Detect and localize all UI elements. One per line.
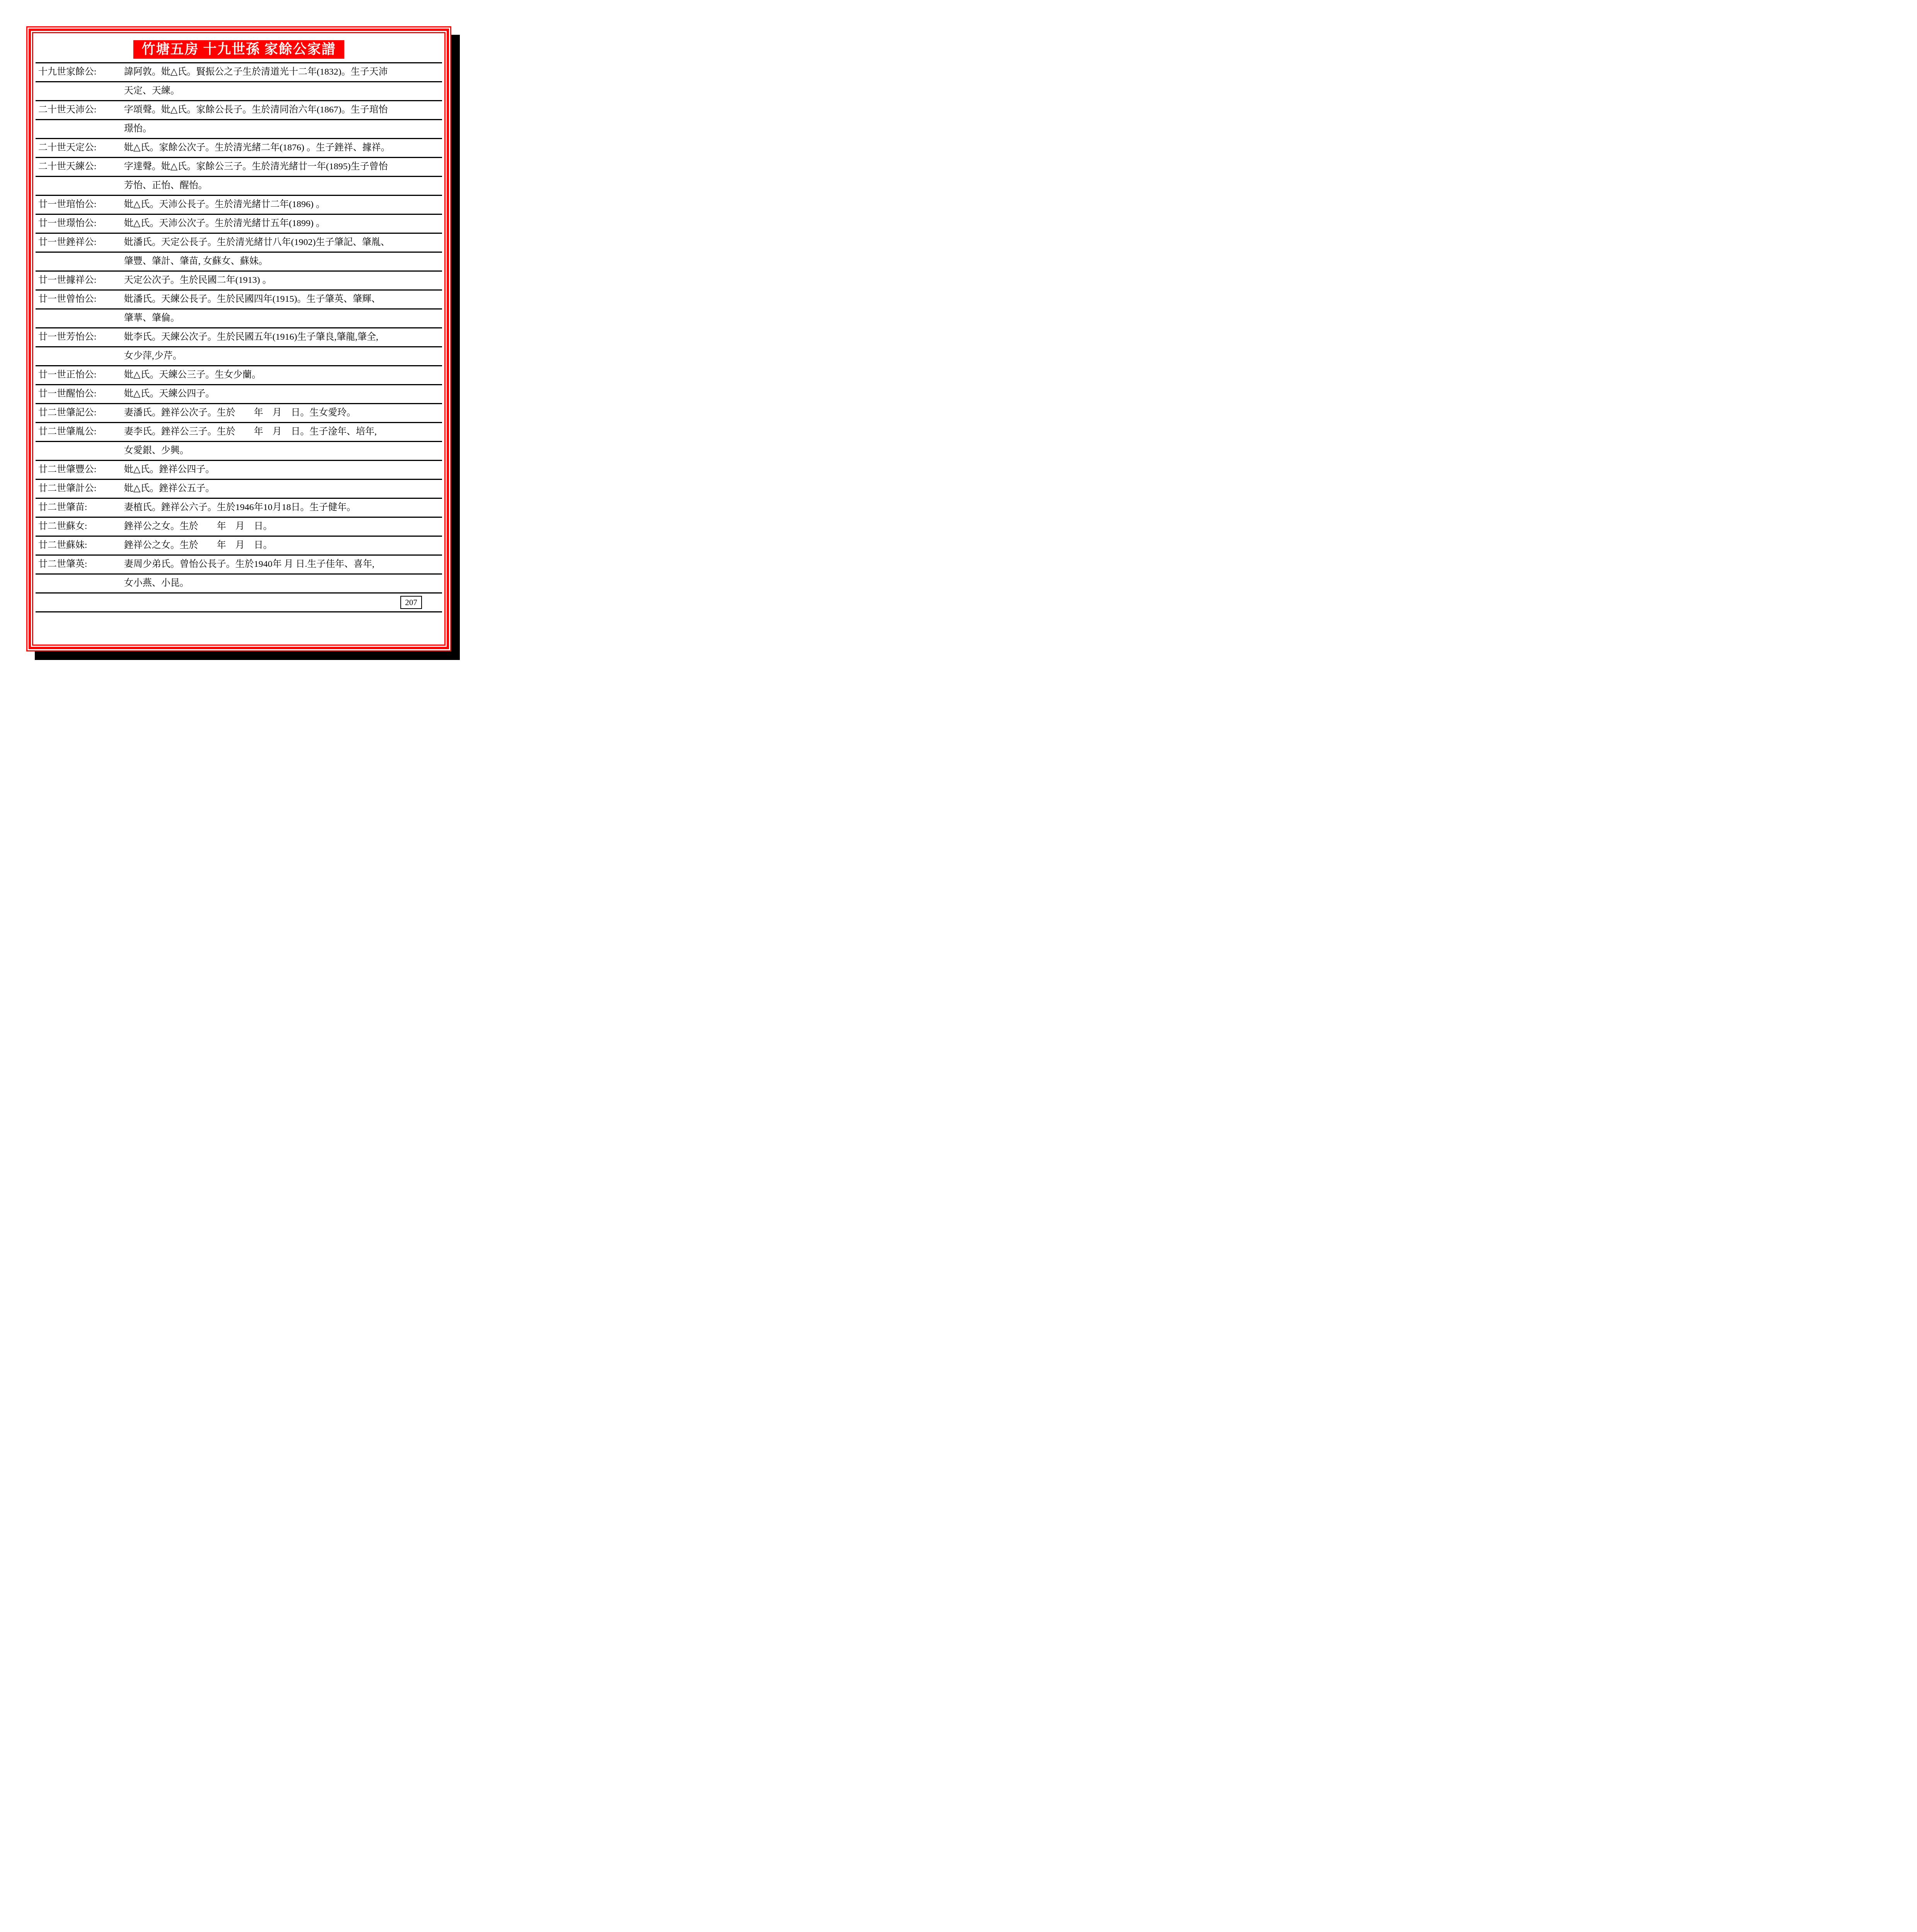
row-label: 廿一世琯怡公:: [36, 196, 124, 210]
row-label: 廿一世曾怡公:: [36, 291, 124, 305]
table-row: 廿一世曾怡公:妣潘氏。天練公長子。生於民國四年(1915)。生子肇英、肇輝、: [36, 291, 442, 310]
table-row: 廿一世銼祥公:妣潘氏。天定公長子。生於清光緒廿八年(1902)生子肇記、肇胤、: [36, 234, 442, 253]
row-content: 肇豐、肇計、肇苗, 女蘇女、蘇妹。: [124, 253, 442, 267]
row-label: 廿二世肇苗:: [36, 499, 124, 513]
row-content: 銼祥公之女。生於 年 月 日。: [124, 537, 442, 551]
table-row: 十九世家餘公:諱阿敦。妣△氏。賢振公之子生於清道光十二年(1832)。生子天沛: [36, 63, 442, 82]
row-content: 妣李氏。天練公次子。生於民國五年(1916)生子肇良,肇龍,肇全,: [124, 328, 442, 343]
row-content: 妻周少弟氏。曾怡公長子。生於1940年 月 日.生子佳年、喜年,: [124, 556, 442, 570]
genealogy-table: 十九世家餘公:諱阿敦。妣△氏。賢振公之子生於清道光十二年(1832)。生子天沛天…: [36, 62, 442, 612]
row-label: 廿二世蘇女:: [36, 518, 124, 532]
table-row: 廿二世肇豐公:妣△氏。銼祥公四子。: [36, 461, 442, 480]
table-row: 廿二世肇英:妻周少弟氏。曾怡公長子。生於1940年 月 日.生子佳年、喜年,: [36, 556, 442, 575]
page-number-box: 207: [400, 596, 422, 609]
row-label: 廿二世肇記公:: [36, 404, 124, 418]
table-row: 廿一世據祥公:天定公次子。生於民國二年(1913) 。: [36, 272, 442, 291]
row-content: 妣△氏。天練公三子。生女少蘭。: [124, 366, 442, 381]
table-row: 肇豐、肇計、肇苗, 女蘇女、蘇妹。: [36, 253, 442, 272]
table-row: 廿一世醒怡公:妣△氏。天練公四子。: [36, 385, 442, 404]
row-label: [36, 575, 124, 577]
row-content: 妻潘氏。銼祥公次子。生於 年 月 日。生女愛玲。: [124, 404, 442, 418]
row-content: 銼祥公之女。生於 年 月 日。: [124, 518, 442, 532]
row-content: 妣△氏。天練公四子。: [124, 385, 442, 400]
table-row: 廿二世肇苗:妻植氏。銼祥公六子。生於1946年10月18日。生子健年。: [36, 499, 442, 518]
row-content: 諱阿敦。妣△氏。賢振公之子生於清道光十二年(1832)。生子天沛: [124, 63, 442, 78]
page-frame-inner: 竹塘五房 十九世孫 家餘公家譜 十九世家餘公:諱阿敦。妣△氏。賢振公之子生於清道…: [32, 32, 446, 646]
table-row: 女愛銀、少興。: [36, 442, 442, 461]
table-row: 廿一世正怡公:妣△氏。天練公三子。生女少蘭。: [36, 366, 442, 385]
table-row: 二十世天練公:字達聲。妣△氏。家餘公三子。生於清光緒廿一年(1895)生子曾怡: [36, 158, 442, 177]
row-content: 妣△氏。家餘公次子。生於清光緒二年(1876) 。生子銼祥、據祥。: [124, 139, 442, 153]
table-row: 廿二世肇胤公:妻李氏。銼祥公三子。生於 年 月 日。生子淦年、培年,: [36, 423, 442, 442]
page-title: 竹塘五房 十九世孫 家餘公家譜: [133, 40, 345, 59]
row-content: 字達聲。妣△氏。家餘公三子。生於清光緒廿一年(1895)生子曾怡: [124, 158, 442, 172]
row-content: 妣△氏。銼祥公五子。: [124, 480, 442, 494]
row-content: 妻李氏。銼祥公三子。生於 年 月 日。生子淦年、培年,: [124, 423, 442, 437]
row-label: 十九世家餘公:: [36, 63, 124, 78]
row-content: 妻植氏。銼祥公六子。生於1946年10月18日。生子健年。: [124, 499, 442, 513]
scanned-page: { "page": { "title": "竹塘五房 十九世孫 家餘公家譜", …: [0, 0, 479, 678]
table-row: 二十世天定公:妣△氏。家餘公次子。生於清光緒二年(1876) 。生子銼祥、據祥。: [36, 139, 442, 158]
row-label: 廿一世據祥公:: [36, 272, 124, 286]
row-content: 妣△氏。天沛公長子。生於清光緒廿二年(1896) 。: [124, 196, 442, 210]
table-row: 廿一世芳怡公:妣李氏。天練公次子。生於民國五年(1916)生子肇良,肇龍,肇全,: [36, 328, 442, 347]
table-row: 肇華、肇倫。: [36, 310, 442, 328]
table-row: 天定、天練。: [36, 82, 442, 101]
row-label: 廿一世璟怡公:: [36, 215, 124, 229]
row-content: 璟怡。: [124, 120, 442, 134]
table-row: 女小燕、小昆。: [36, 575, 442, 594]
row-label: 廿一世醒怡公:: [36, 385, 124, 400]
row-label: 廿二世肇豐公:: [36, 461, 124, 475]
row-label: 廿二世肇胤公:: [36, 423, 124, 437]
row-label: 廿二世肇英:: [36, 556, 124, 570]
row-label: [36, 442, 124, 445]
row-content: 妣△氏。天沛公次子。生於清光緒廿五年(1899) 。: [124, 215, 442, 229]
row-label: 二十世天練公:: [36, 158, 124, 172]
row-content: 妣潘氏。天定公長子。生於清光緒廿八年(1902)生子肇記、肇胤、: [124, 234, 442, 248]
page-frame-outer: 竹塘五房 十九世孫 家餘公家譜 十九世家餘公:諱阿敦。妣△氏。賢振公之子生於清道…: [26, 26, 451, 651]
row-label: 廿二世蘇妹:: [36, 537, 124, 551]
row-label: [36, 253, 124, 255]
row-label: 廿一世正怡公:: [36, 366, 124, 381]
row-label: 廿二世肇計公:: [36, 480, 124, 494]
row-label: 二十世天定公:: [36, 139, 124, 153]
row-content: 女小燕、小昆。: [124, 575, 442, 589]
row-label: [36, 82, 124, 85]
table-row: 二十世天沛公:字頌聲。妣△氏。家餘公長子。生於清同治六年(1867)。生子琯怡: [36, 101, 442, 120]
row-label: 二十世天沛公:: [36, 101, 124, 116]
page-number: 207: [405, 598, 417, 607]
table-row: 207: [36, 594, 442, 612]
row-label: 廿一世銼祥公:: [36, 234, 124, 248]
row-label: [36, 120, 124, 123]
table-row: 廿一世琯怡公:妣△氏。天沛公長子。生於清光緒廿二年(1896) 。: [36, 196, 442, 215]
title-banner-wrap: 竹塘五房 十九世孫 家餘公家譜: [35, 40, 442, 59]
table-row: 璟怡。: [36, 120, 442, 139]
table-row: 廿一世璟怡公:妣△氏。天沛公次子。生於清光緒廿五年(1899) 。: [36, 215, 442, 234]
row-content: 肇華、肇倫。: [124, 310, 442, 324]
table-row: 芳怡、正怡、醒怡。: [36, 177, 442, 196]
row-label: 廿一世芳怡公:: [36, 328, 124, 343]
table-row: 廿二世蘇妹:銼祥公之女。生於 年 月 日。: [36, 537, 442, 556]
row-label: [36, 310, 124, 312]
table-row: 廿二世蘇女:銼祥公之女。生於 年 月 日。: [36, 518, 442, 537]
row-content: 天定公次子。生於民國二年(1913) 。: [124, 272, 442, 286]
table-row: 廿二世肇計公:妣△氏。銼祥公五子。: [36, 480, 442, 499]
row-label: [36, 177, 124, 180]
row-content: 妣△氏。銼祥公四子。: [124, 461, 442, 475]
table-row: 廿二世肇記公:妻潘氏。銼祥公次子。生於 年 月 日。生女愛玲。: [36, 404, 442, 423]
row-label: [36, 347, 124, 350]
row-content: 芳怡、正怡、醒怡。: [124, 177, 442, 191]
row-content: 女愛銀、少興。: [124, 442, 442, 456]
row-content: 女少萍,少芹。: [124, 347, 442, 362]
page-frame-middle: 竹塘五房 十九世孫 家餘公家譜 十九世家餘公:諱阿敦。妣△氏。賢振公之子生於清道…: [29, 29, 449, 649]
row-content: 妣潘氏。天練公長子。生於民國四年(1915)。生子肇英、肇輝、: [124, 291, 442, 305]
row-content: 天定、天練。: [124, 82, 442, 97]
table-row: 女少萍,少芹。: [36, 347, 442, 366]
row-content: 字頌聲。妣△氏。家餘公長子。生於清同治六年(1867)。生子琯怡: [124, 101, 442, 116]
